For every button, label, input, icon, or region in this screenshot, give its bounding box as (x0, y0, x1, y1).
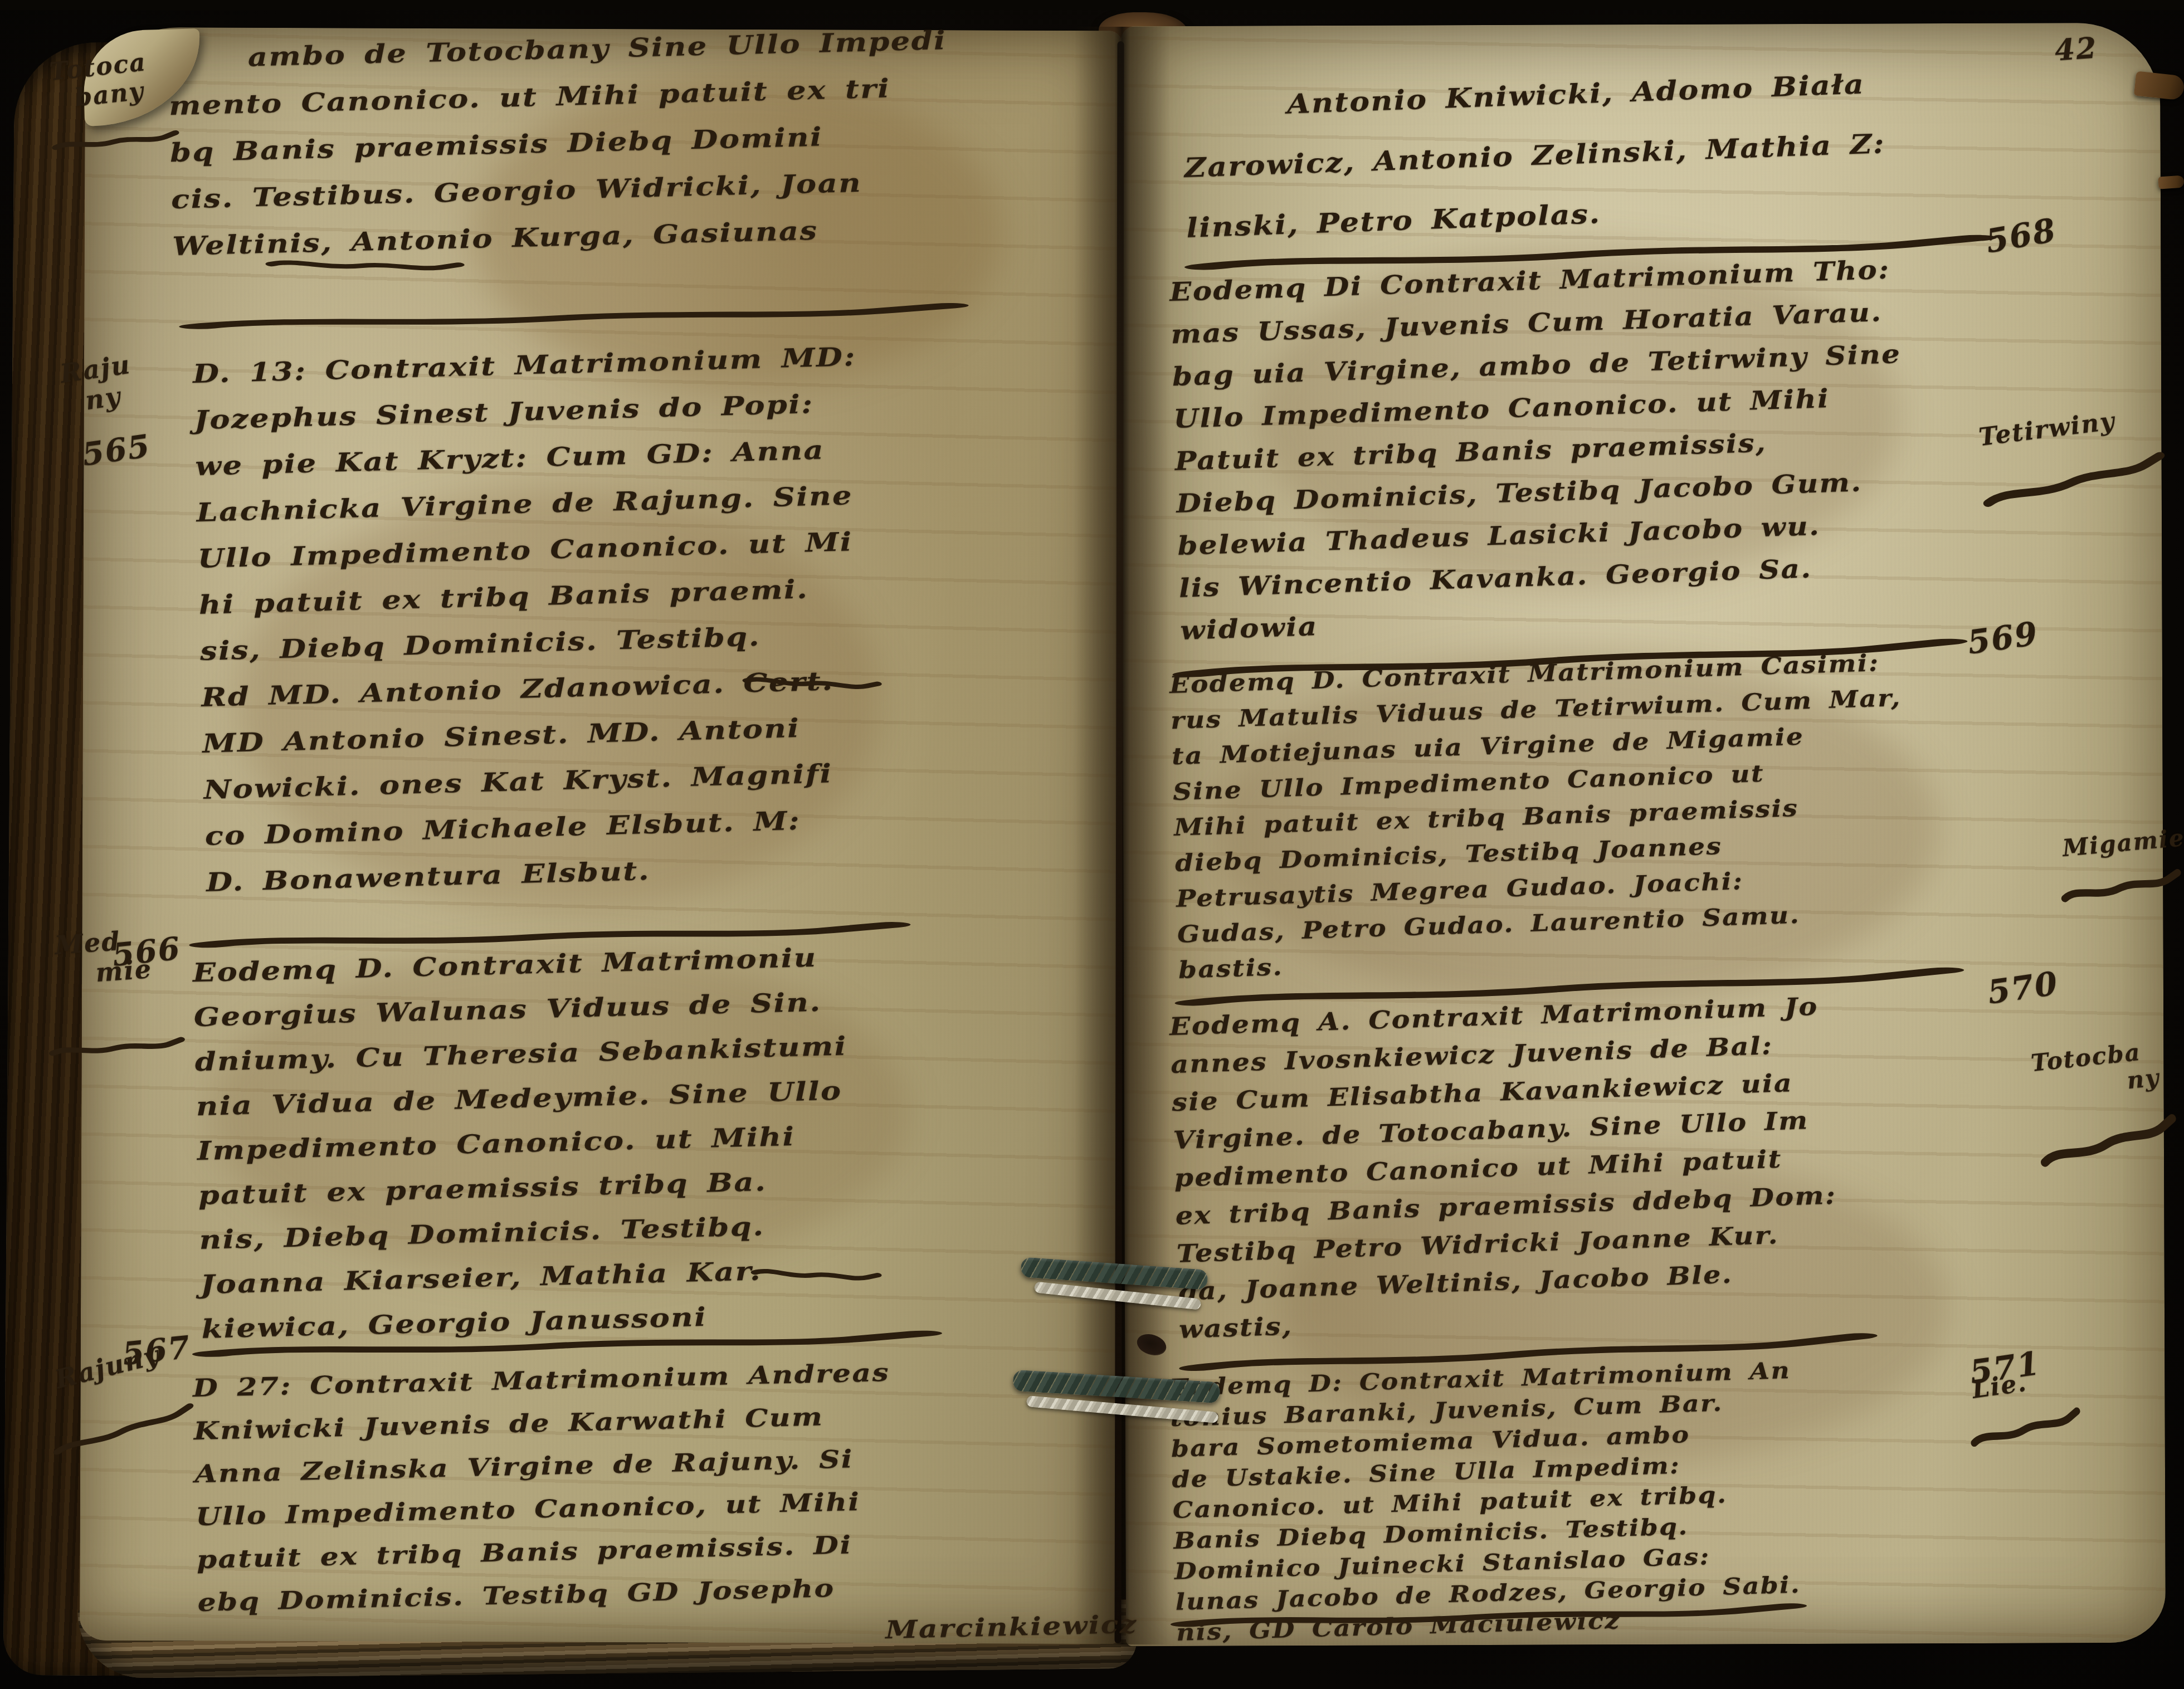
leather-tie (2134, 71, 2184, 101)
entry-570: Eodemq A. Contraxit Matrimonium Jo annes… (1169, 988, 1841, 1349)
margin-place-note: Raju ny (58, 349, 136, 419)
margin-note-line: mie (95, 954, 153, 988)
entry-566: Eodemq D. Contraxit Matrimoniu Georgius … (192, 934, 854, 1351)
manuscript-photo: Totoca bany ambo de Totocbany Sine Ullo … (0, 10, 2184, 1689)
entry-567: D 27: Contraxit Matrimonium Andreas Kniw… (192, 1346, 1138, 1667)
margin-place-note: Med mie (53, 924, 153, 990)
page-number: 42 (2054, 31, 2098, 67)
leather-tie (2158, 175, 2184, 189)
margin-note-line: Med (53, 926, 121, 960)
entry-568: Eodemq Di Contraxit Matrimonium Tho: mas… (1169, 248, 1910, 652)
entry-564-continuation: ambo de Totocbany Sine Ullo Impedi mento… (167, 17, 952, 270)
entry-567-continuation: Antonio Kniwicki, Adomo Biała Zarowicz, … (1181, 53, 1889, 258)
margin-place-note: Totoca bany (48, 48, 151, 115)
margin-note-line: ny (2125, 1063, 2161, 1094)
margin-note-line: ny (84, 381, 123, 416)
register-line: Marcinkiewicz (885, 1603, 1138, 1652)
entry-569: Eodemq D. Contraxit Matrimonium Casimi: … (1169, 645, 1909, 988)
entry-565: D. 13: Contraxit Matrimonium MD: Jozephu… (192, 334, 870, 906)
